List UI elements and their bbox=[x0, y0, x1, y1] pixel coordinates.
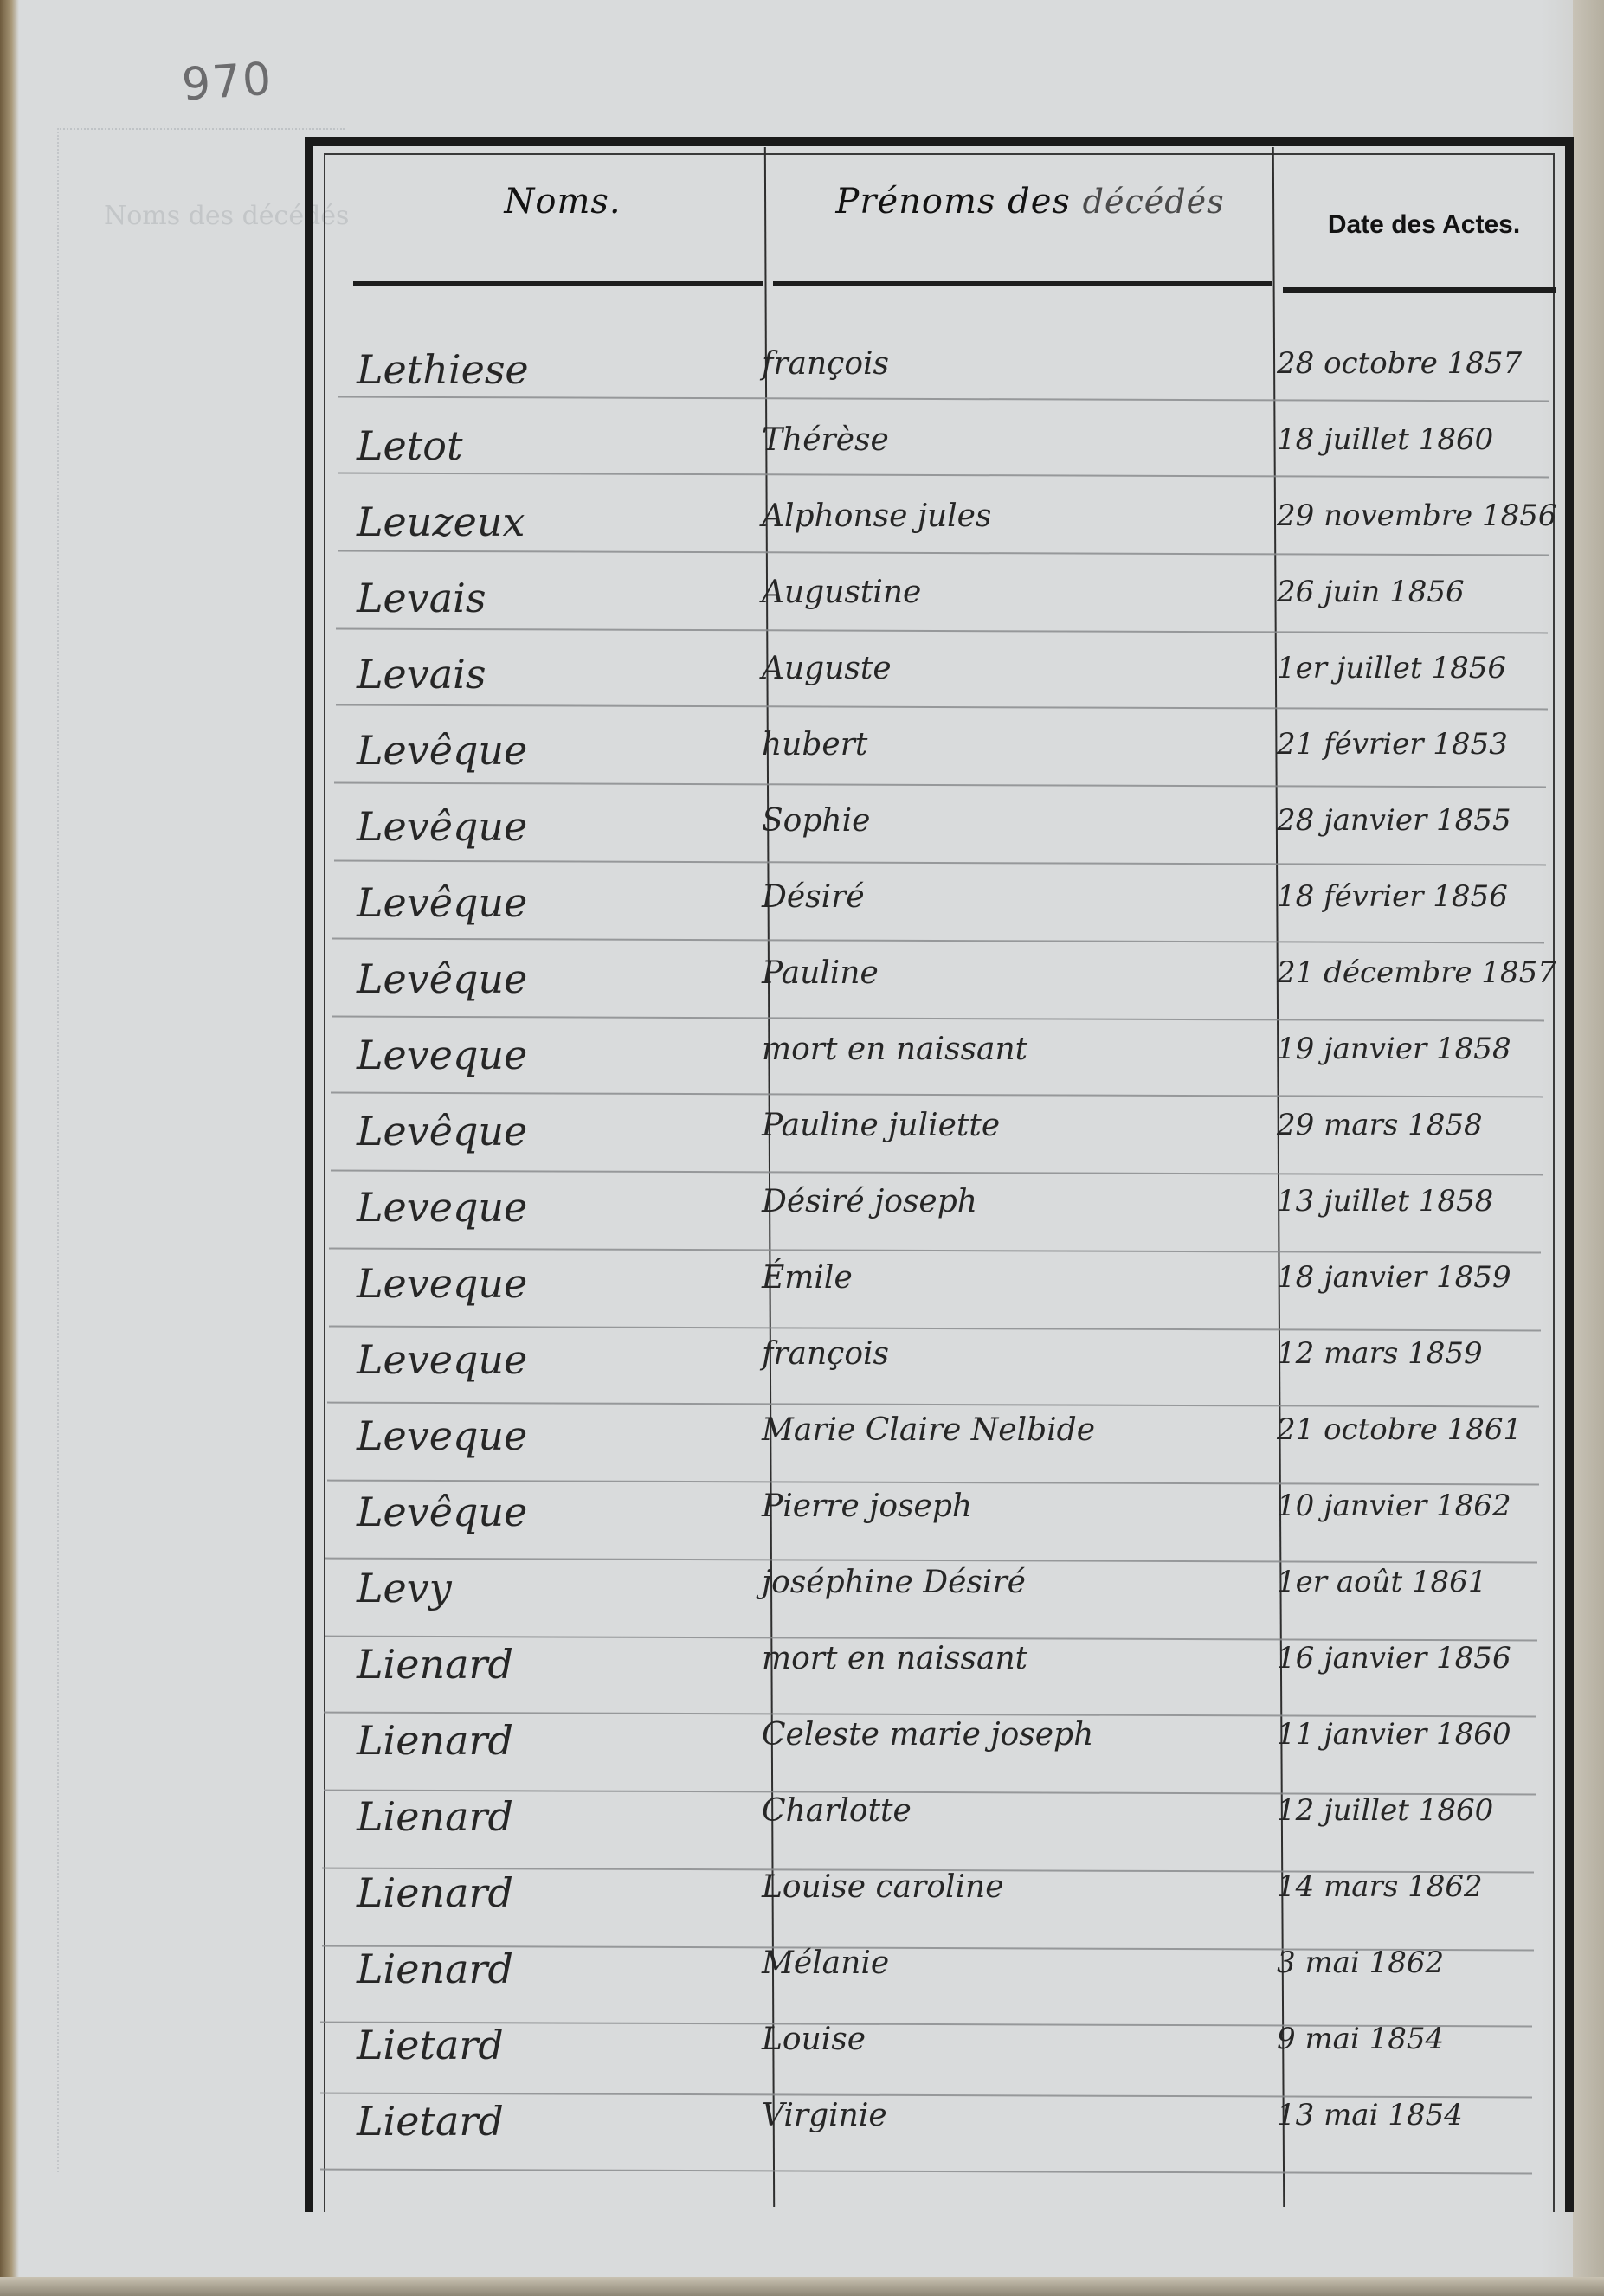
cell-nom: Lietard bbox=[357, 2098, 504, 2145]
header-rule-date bbox=[1283, 287, 1556, 293]
table-row: Lietard Virginie 13 mai 1854 bbox=[0, 2098, 1604, 2174]
cell-prenoms: Désiré bbox=[762, 879, 865, 915]
cell-nom: Lienard bbox=[357, 1717, 513, 1764]
row-rule bbox=[338, 396, 1549, 402]
row-rule bbox=[338, 550, 1549, 556]
table-row: Leveque françois 12 mars 1859 bbox=[0, 1336, 1604, 1412]
cell-prenoms: françois bbox=[762, 1336, 889, 1372]
cell-date: 1er juillet 1856 bbox=[1277, 651, 1506, 685]
cell-nom: Levais bbox=[357, 575, 486, 621]
row-rule bbox=[329, 1326, 1541, 1332]
page-bottom-edge bbox=[0, 2277, 1604, 2296]
cell-date: 1er août 1861 bbox=[1277, 1565, 1486, 1599]
cell-nom: Lienard bbox=[357, 1641, 513, 1688]
cell-date: 13 juillet 1858 bbox=[1277, 1184, 1493, 1219]
table-row: Levais Augustine 26 juin 1856 bbox=[0, 575, 1604, 651]
header-prenoms-printed: Prénoms des bbox=[835, 182, 1071, 222]
cell-prenoms: Virginie bbox=[762, 2098, 887, 2133]
cell-date: 29 novembre 1856 bbox=[1277, 498, 1556, 533]
cell-prenoms: Sophie bbox=[762, 803, 870, 839]
table-row: Lethiese françois 28 octobre 1857 bbox=[0, 346, 1604, 422]
cell-nom: Levêque bbox=[357, 727, 527, 774]
cell-nom: Levêque bbox=[357, 879, 527, 926]
table-row: Levêque Désiré 18 février 1856 bbox=[0, 879, 1604, 955]
table-row: Lienard Louise caroline 14 mars 1862 bbox=[0, 1869, 1604, 1945]
cell-nom: Levêque bbox=[357, 1489, 527, 1535]
row-rule bbox=[331, 1170, 1543, 1176]
row-rule bbox=[320, 2169, 1532, 2175]
row-rule bbox=[327, 1480, 1539, 1486]
row-rule bbox=[336, 704, 1548, 711]
table-row: Levais Auguste 1er juillet 1856 bbox=[0, 651, 1604, 727]
cell-nom: Lienard bbox=[357, 1793, 513, 1840]
cell-nom: Letot bbox=[357, 422, 462, 469]
cell-prenoms: Désiré joseph bbox=[762, 1184, 977, 1219]
cell-prenoms: Mélanie bbox=[762, 1945, 889, 1981]
cell-prenoms: Alphonse jules bbox=[762, 498, 991, 534]
cell-prenoms: Celeste marie joseph bbox=[762, 1717, 1093, 1753]
table-row: Leveque mort en naissant 19 janvier 1858 bbox=[0, 1032, 1604, 1108]
table-row: Lienard Charlotte 12 juillet 1860 bbox=[0, 1793, 1604, 1869]
cell-nom: Levy bbox=[357, 1565, 452, 1611]
cell-date: 12 mars 1859 bbox=[1277, 1336, 1483, 1371]
table-row: Lienard Celeste marie joseph 11 janvier … bbox=[0, 1717, 1604, 1793]
row-rule bbox=[327, 1402, 1539, 1408]
cell-date: 26 juin 1856 bbox=[1277, 575, 1465, 609]
cell-nom: Levêque bbox=[357, 803, 527, 850]
cell-prenoms: Pierre joseph bbox=[762, 1489, 972, 1524]
table-row: Leveque Marie Claire Nelbide 21 octobre … bbox=[0, 1412, 1604, 1489]
cell-prenoms: mort en naissant bbox=[762, 1641, 1027, 1676]
cell-prenoms: Auguste bbox=[762, 651, 892, 686]
header-rule-nom bbox=[353, 281, 763, 286]
cell-prenoms: hubert bbox=[762, 727, 867, 762]
cell-date: 21 décembre 1857 bbox=[1277, 955, 1556, 990]
row-rule bbox=[332, 1016, 1544, 1022]
cell-nom: Lienard bbox=[357, 1869, 513, 1916]
row-rule bbox=[329, 1248, 1541, 1254]
table-row: Levêque hubert 21 février 1853 bbox=[0, 727, 1604, 803]
cell-nom: Lienard bbox=[357, 1945, 513, 1992]
row-rule bbox=[325, 1558, 1537, 1564]
header-prenoms: Prénoms des décédés bbox=[788, 182, 1272, 222]
table-row: Levêque Pauline juliette 29 mars 1858 bbox=[0, 1108, 1604, 1184]
table-row: Leveque Émile 18 janvier 1859 bbox=[0, 1260, 1604, 1336]
cell-date: 18 juillet 1860 bbox=[1277, 422, 1493, 457]
table-row: Letot Thérèse 18 juillet 1860 bbox=[0, 422, 1604, 498]
cell-prenoms: Pauline juliette bbox=[762, 1108, 1000, 1143]
folio-number: 970 bbox=[180, 53, 274, 111]
cell-date: 18 février 1856 bbox=[1277, 879, 1508, 914]
cell-prenoms: Louise caroline bbox=[762, 1869, 1004, 1905]
table-row: Levêque Pierre joseph 10 janvier 1862 bbox=[0, 1489, 1604, 1565]
cell-prenoms: Thérèse bbox=[762, 422, 889, 458]
table-row: Levy joséphine Désiré 1er août 1861 bbox=[0, 1565, 1604, 1641]
register-page: 970 Noms des décédés Noms. Prénoms des d… bbox=[0, 0, 1604, 2296]
cell-date: 9 mai 1854 bbox=[1277, 2022, 1444, 2056]
table-row: Leveque Désiré joseph 13 juillet 1858 bbox=[0, 1184, 1604, 1260]
cell-nom: Lietard bbox=[357, 2022, 504, 2068]
table-row: Leuzeux Alphonse jules 29 novembre 1856 bbox=[0, 498, 1604, 575]
cell-nom: Leuzeux bbox=[357, 498, 525, 545]
cell-date: 11 janvier 1860 bbox=[1277, 1717, 1511, 1752]
cell-date: 29 mars 1858 bbox=[1277, 1108, 1483, 1142]
table-row: Levêque Pauline 21 décembre 1857 bbox=[0, 955, 1604, 1032]
cell-prenoms: Émile bbox=[762, 1260, 853, 1296]
cell-date: 3 mai 1862 bbox=[1277, 1945, 1444, 1980]
row-rule bbox=[338, 473, 1549, 479]
cell-nom: Leveque bbox=[357, 1032, 527, 1078]
cell-nom: Lethiese bbox=[357, 346, 529, 393]
table-row: Lienard mort en naissant 16 janvier 1856 bbox=[0, 1641, 1604, 1717]
cell-date: 19 janvier 1858 bbox=[1277, 1032, 1511, 1066]
cell-date: 12 juillet 1860 bbox=[1277, 1793, 1493, 1828]
header-prenoms-handwritten: décédés bbox=[1083, 183, 1225, 221]
cell-date: 28 octobre 1857 bbox=[1277, 346, 1522, 381]
cell-nom: Leveque bbox=[357, 1184, 527, 1231]
table-row: Levêque Sophie 28 janvier 1855 bbox=[0, 803, 1604, 879]
cell-date: 18 janvier 1859 bbox=[1277, 1260, 1511, 1295]
cell-prenoms: Marie Claire Nelbide bbox=[762, 1412, 1095, 1448]
cell-prenoms: joséphine Désiré bbox=[762, 1565, 1026, 1600]
cell-prenoms: Augustine bbox=[762, 575, 921, 610]
cell-date: 21 octobre 1861 bbox=[1277, 1412, 1522, 1447]
cell-prenoms: mort en naissant bbox=[762, 1032, 1027, 1067]
table-row: Lietard Louise 9 mai 1854 bbox=[0, 2022, 1604, 2098]
cell-prenoms: françois bbox=[762, 346, 889, 382]
row-rule bbox=[334, 782, 1546, 788]
cell-prenoms: Charlotte bbox=[762, 1793, 912, 1829]
header-rule-prenoms bbox=[773, 281, 1272, 286]
cell-date: 21 février 1853 bbox=[1277, 727, 1508, 762]
cell-prenoms: Louise bbox=[762, 2022, 866, 2057]
cell-nom: Leveque bbox=[357, 1412, 527, 1459]
header-noms: Noms. bbox=[450, 182, 675, 222]
header-date: Date des Actes. bbox=[1298, 210, 1549, 240]
cell-prenoms: Pauline bbox=[762, 955, 879, 991]
row-rule bbox=[336, 628, 1548, 634]
cell-nom: Levêque bbox=[357, 955, 527, 1002]
cell-nom: Leveque bbox=[357, 1260, 527, 1307]
row-rule bbox=[332, 938, 1544, 944]
cell-nom: Levais bbox=[357, 651, 486, 698]
cell-date: 28 janvier 1855 bbox=[1277, 803, 1511, 838]
row-rule bbox=[331, 1092, 1543, 1098]
table-row: Lienard Mélanie 3 mai 1862 bbox=[0, 1945, 1604, 2022]
cell-date: 13 mai 1854 bbox=[1277, 2098, 1463, 2132]
cell-date: 14 mars 1862 bbox=[1277, 1869, 1483, 1904]
cell-nom: Levêque bbox=[357, 1108, 527, 1154]
cell-date: 10 janvier 1862 bbox=[1277, 1489, 1511, 1523]
cell-date: 16 janvier 1856 bbox=[1277, 1641, 1511, 1675]
cell-nom: Leveque bbox=[357, 1336, 527, 1383]
row-rule bbox=[334, 860, 1546, 866]
